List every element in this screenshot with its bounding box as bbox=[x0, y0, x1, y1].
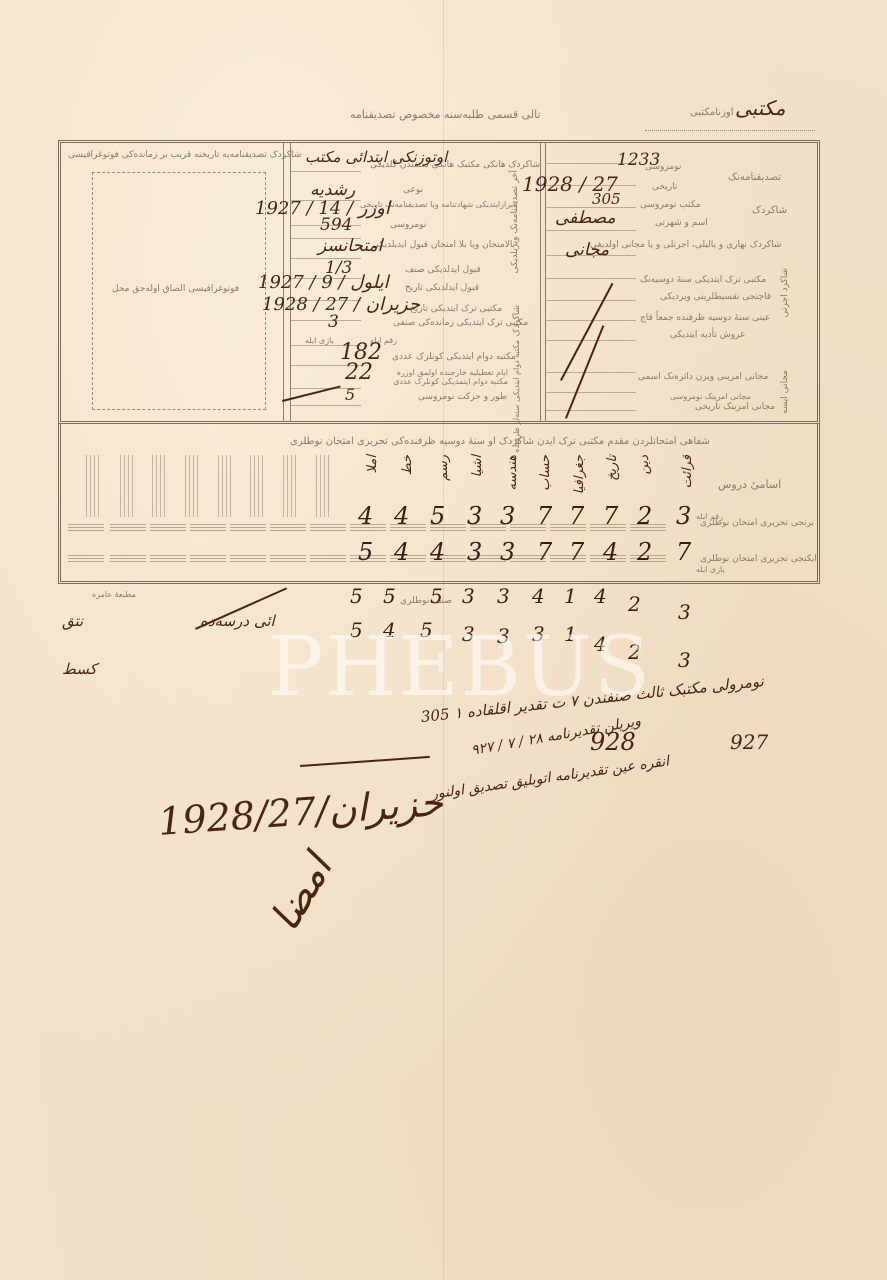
attendance-label: مکتبه دوام ایتدیکی کونلرک عددی bbox=[392, 352, 516, 362]
date-label: تاریخی bbox=[652, 182, 677, 192]
rule bbox=[546, 340, 636, 341]
by-text-label: یازی ایله bbox=[696, 565, 725, 574]
subject-name: خط bbox=[400, 455, 415, 475]
annotation-grade: 3 bbox=[678, 648, 691, 672]
by-text-label: یازی ایله bbox=[305, 336, 334, 345]
subject-name: هندسه bbox=[505, 455, 520, 490]
subject-name: حساب bbox=[538, 455, 553, 491]
entry-label: قبول ایدلدیکی تاریخ bbox=[405, 283, 479, 293]
rule bbox=[546, 278, 636, 279]
left-mark: نتق bbox=[62, 612, 83, 630]
attendance-label: طور و حرکت نومروسی bbox=[418, 392, 507, 402]
second-exam-label: ایکنجی تحریری امتحان نوطلری bbox=[700, 553, 817, 565]
rule bbox=[546, 410, 636, 411]
grade-second: 3 bbox=[500, 538, 515, 566]
cell bbox=[190, 555, 226, 564]
grade-first: 3 bbox=[500, 502, 515, 530]
empty-column bbox=[316, 455, 330, 517]
boarding-label: شاکردک نهاری و یالیلی، اجرتلی و یا مجانی… bbox=[590, 240, 781, 250]
grades-heading: شفاهی امتحانلردن مقدم مکتبی ترک ایدن شاک… bbox=[290, 436, 710, 447]
certificate-group-label: تصدیقنامه‌نک bbox=[728, 172, 781, 183]
note-year: 928 bbox=[590, 728, 636, 756]
grade-second: 7 bbox=[676, 538, 691, 566]
grade-second: 7 bbox=[537, 538, 552, 566]
rule bbox=[546, 300, 636, 301]
photo-placeholder-label: فوتوغرافیسی الصاق اوله‌جق محل bbox=[112, 284, 239, 294]
grade-first: 4 bbox=[358, 502, 373, 530]
printer-mark: مطبعهٔ عامره bbox=[92, 590, 136, 599]
empty-column bbox=[86, 455, 100, 517]
left-mark: کسط bbox=[62, 660, 97, 678]
rule bbox=[291, 171, 361, 172]
cell bbox=[270, 524, 306, 533]
grade-second: 5 bbox=[358, 538, 373, 566]
grade-first: 3 bbox=[676, 502, 691, 530]
attendance-label: ایام تعطیلیه خارجنده اولمق اوزره مکتبه د… bbox=[388, 368, 508, 386]
cell bbox=[190, 524, 226, 533]
rule bbox=[546, 392, 636, 393]
subject-name: دین bbox=[637, 455, 652, 474]
grade-second: 4 bbox=[603, 538, 618, 566]
school-number-label: مکتب نومروسی bbox=[640, 200, 701, 210]
entry-label: نوعی bbox=[403, 185, 423, 195]
grade-first: 7 bbox=[569, 502, 584, 530]
note-year: 927 bbox=[730, 730, 768, 754]
free-row: مجانی امرینک نومروسی bbox=[670, 392, 751, 401]
school-underline bbox=[645, 130, 815, 131]
empty-column bbox=[283, 455, 297, 517]
entry-label: مکتبی ترک ایتدیکی زمانده‌کی صنفی bbox=[393, 318, 528, 328]
cell bbox=[110, 555, 146, 564]
annotation-grade: 4 bbox=[594, 584, 607, 608]
entry-label: نومروسی bbox=[390, 220, 426, 230]
free-row: مجانی امرینی ویرن دائره‌نک اسمی bbox=[638, 372, 768, 382]
cell bbox=[68, 555, 104, 564]
fee-row: عینی سنهٔ دوسیه ظرفنده جمعاً قاچ bbox=[640, 313, 770, 323]
school-label: اوزنامکتبی bbox=[690, 107, 734, 118]
grade-second: 7 bbox=[569, 538, 584, 566]
subject-name: قرائت bbox=[680, 455, 695, 488]
fee-row: غروش تأدیه ایتدیکی bbox=[670, 330, 745, 340]
grade-second: 4 bbox=[430, 538, 445, 566]
grade-second: 4 bbox=[394, 538, 409, 566]
cell bbox=[150, 524, 186, 533]
class-grades-label: صنف نوطلری bbox=[400, 596, 452, 606]
subject-name: تاریخ bbox=[605, 455, 620, 481]
fee-row: مکتبی ترک ایتدیکی سنهٔ دوسیه‌نک bbox=[640, 275, 766, 285]
empty-column bbox=[185, 455, 199, 517]
school-number-value: 305 bbox=[592, 190, 621, 208]
rule bbox=[546, 230, 636, 231]
entry-value: امتحانسز bbox=[318, 236, 382, 256]
empty-column bbox=[120, 455, 134, 517]
document-title: تالی قسمی طلبه‌سنه مخصوص تصدیقنامه bbox=[350, 108, 541, 121]
fee-group-label: شاکرد اجرتی bbox=[780, 268, 790, 317]
empty-column bbox=[218, 455, 232, 517]
grade-first: 7 bbox=[603, 502, 618, 530]
entry-value: رشدیه bbox=[310, 180, 355, 200]
cell bbox=[68, 524, 104, 533]
fee-row: قاچنجی تقسیطلرینی ویردیکی bbox=[660, 292, 771, 302]
boarding-value: مجانی bbox=[565, 240, 609, 260]
empty-column bbox=[152, 455, 166, 517]
annotation-grade: 4 bbox=[532, 584, 545, 608]
entry-label: مکتبی ترک ایتدیکی تاریخ bbox=[410, 304, 502, 314]
name-label: اسم و شهرتی bbox=[655, 218, 708, 228]
free-row: مجانی امرینک تاریخی bbox=[695, 402, 775, 412]
annotation-grade: 1 bbox=[564, 584, 577, 608]
free-group-label: مجانی ایسه bbox=[780, 370, 790, 414]
cell bbox=[310, 524, 346, 533]
grade-first: 2 bbox=[637, 502, 652, 530]
student-group-label: شاکردک bbox=[752, 205, 787, 216]
subject-name: اشیا bbox=[470, 455, 485, 477]
annotation-grade: 3 bbox=[462, 584, 475, 608]
rule bbox=[291, 320, 361, 321]
cell bbox=[150, 555, 186, 564]
rule bbox=[291, 405, 361, 406]
attendance-value: 5 bbox=[345, 385, 355, 404]
subjects-label: اسامیٔ دروس bbox=[718, 478, 781, 491]
grade-second: 3 bbox=[467, 538, 482, 566]
annotation-grade: 5 bbox=[430, 584, 443, 608]
empty-column bbox=[250, 455, 264, 517]
annotation-grade: 3 bbox=[497, 584, 510, 608]
entry-value: 594 bbox=[320, 215, 352, 235]
grade-first: 3 bbox=[467, 502, 482, 530]
school-value: مکتبی bbox=[735, 96, 786, 120]
subject-name: جغرافیا bbox=[572, 455, 587, 494]
annotation-grade: 5 bbox=[383, 584, 396, 608]
cell bbox=[270, 555, 306, 564]
subject-name: املا bbox=[365, 455, 380, 473]
grade-first: 5 bbox=[430, 502, 445, 530]
grade-second: 2 bbox=[637, 538, 652, 566]
entry-label: بالامتحان ویا بلا امتحان قبول ایدیلدیکی bbox=[372, 240, 515, 250]
annotation-grade: 2 bbox=[628, 592, 641, 616]
number-value: 1233 bbox=[617, 150, 660, 170]
cell bbox=[110, 524, 146, 533]
cell bbox=[310, 555, 346, 564]
cell bbox=[230, 524, 266, 533]
by-number-label: رقم ایله bbox=[696, 512, 723, 521]
last-certificate-side-label: آخر تصدیقنامه‌نک ویریلدیکی bbox=[510, 170, 520, 274]
cell bbox=[230, 555, 266, 564]
subject-name: رسم bbox=[436, 455, 451, 481]
entry-label: قبول ایدلدیکی صنف bbox=[405, 265, 481, 275]
photo-heading: شاکردک تصدیقنامه‌یه تاریخنه قریب بر زمان… bbox=[68, 150, 301, 160]
entry-value: اوتوزنکی ابتدائی مکتب bbox=[305, 148, 447, 166]
entry-value: 3 bbox=[328, 312, 339, 332]
rule bbox=[546, 372, 636, 373]
name-value: مصطفی bbox=[555, 208, 616, 228]
annotation-grade: 3 bbox=[678, 600, 691, 624]
student-side-label: شاکردک bbox=[512, 305, 522, 337]
grade-first: 4 bbox=[394, 502, 409, 530]
entry-value: 1928 / حزیران / 27 bbox=[262, 294, 420, 315]
annotation-grade: 5 bbox=[350, 584, 363, 608]
grade-first: 7 bbox=[537, 502, 552, 530]
entry-value: 1927 / ایلول / 9 bbox=[258, 272, 389, 293]
attendance-value: 22 bbox=[345, 360, 373, 385]
